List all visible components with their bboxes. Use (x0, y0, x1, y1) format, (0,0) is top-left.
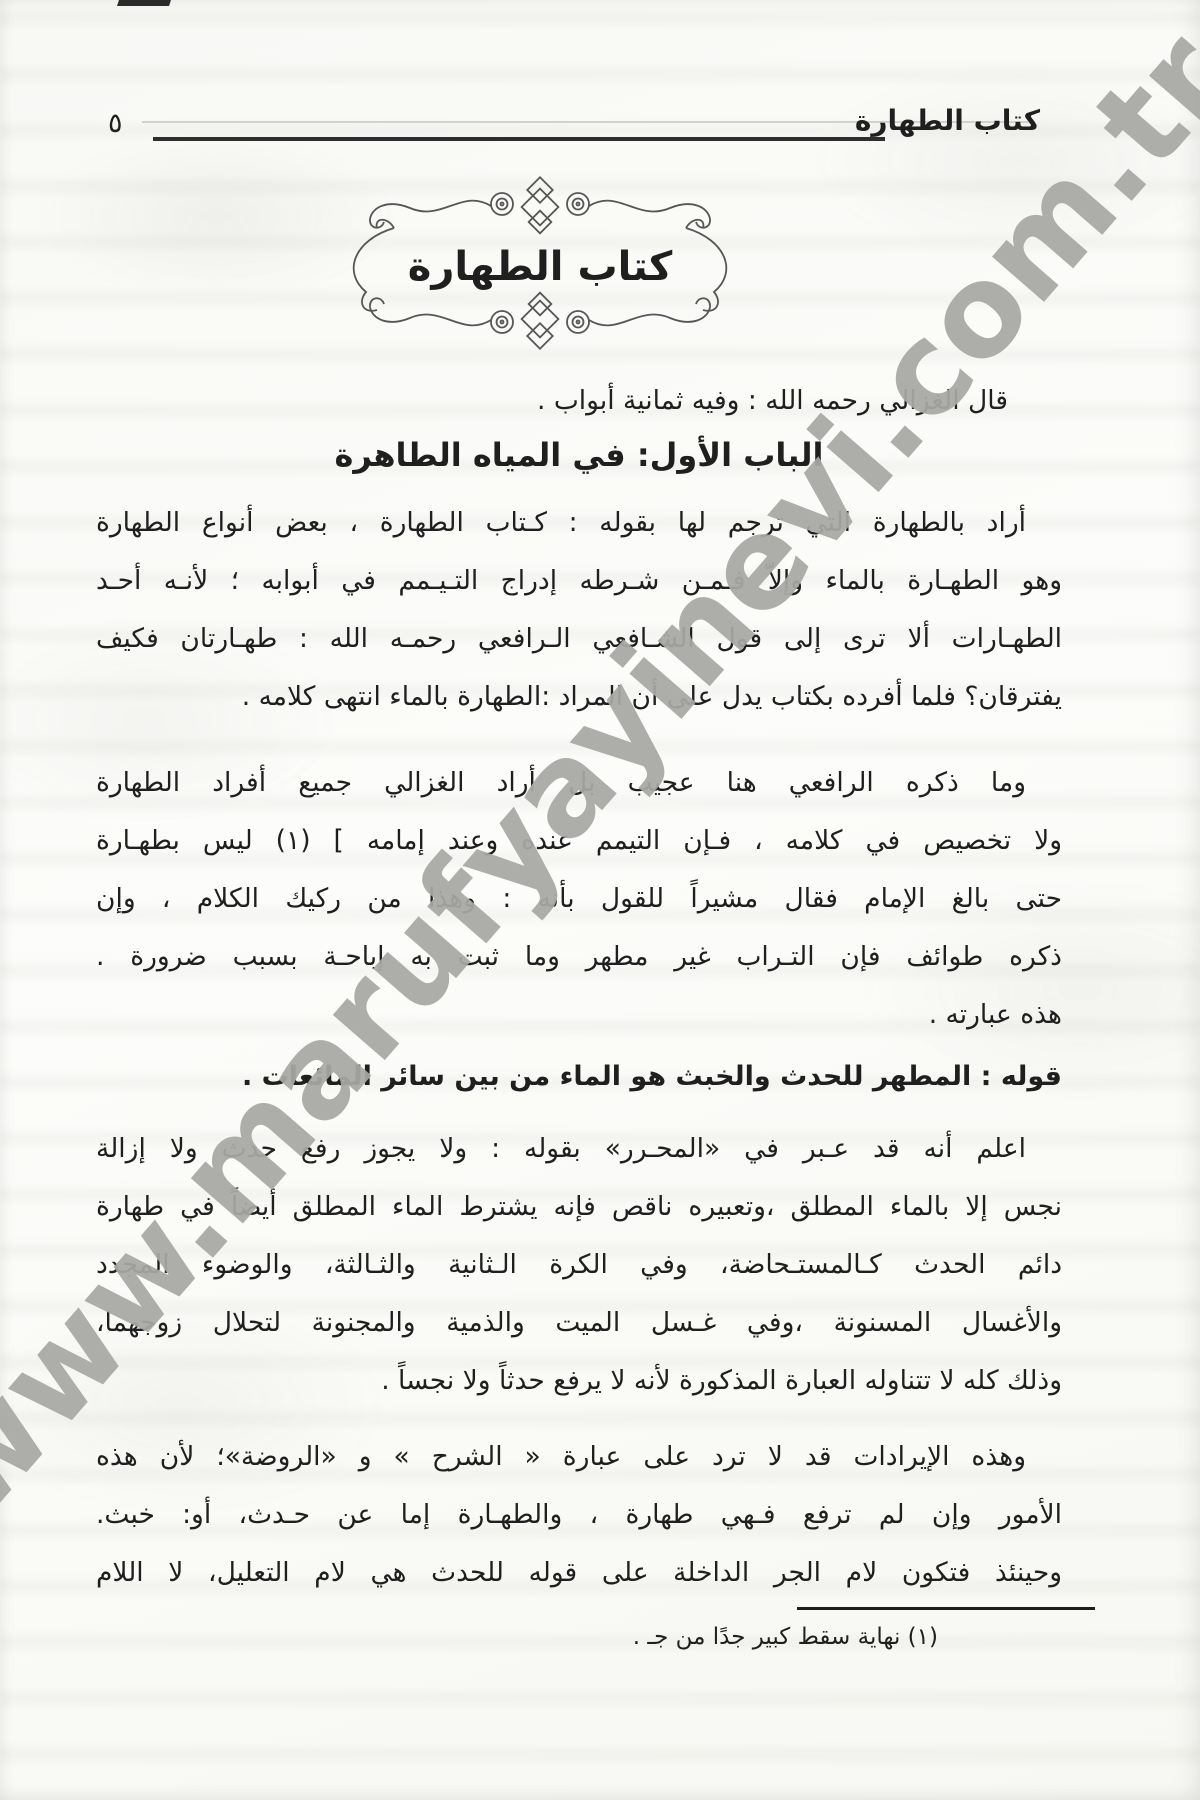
text-line: دائم الحدث كـالمستـحاضة، وفي الكرة الـثا… (96, 1236, 1062, 1294)
text-line: يفترقان؟ فلما أفرده بكتاب يدل على أن الم… (96, 668, 1062, 726)
text-line: وذلك كله لا تتناوله العبارة المذكورة لأن… (96, 1352, 1062, 1410)
book-section-title: كتاب الطهارة (330, 244, 750, 290)
header-rule-thick (153, 137, 885, 141)
paragraph-4: وهذه الإيرادات قد لا ترد على عبارة « الش… (96, 1428, 1062, 1602)
text-line: وهذه الإيرادات قد لا ترد على عبارة « الش… (96, 1428, 1062, 1486)
text-line: ذكره طوائف فإن التـراب غير مطهر وما ثبت … (96, 928, 1062, 986)
running-header-title: كتاب الطهارة (855, 104, 1040, 137)
text-line: ولا تخصيص في كلامه ، فـإن التيمم عنده وع… (96, 812, 1062, 870)
footnote-separator-rule (797, 1607, 1095, 1610)
text-line: الأمور وإن لم ترفع فـهي طهارة ، والطهـار… (96, 1486, 1062, 1544)
text-line: والأغسال المسنونة ،وفي غـسل الميت والذمي… (96, 1294, 1062, 1352)
quote-heading: قوله : المطهر للحدث والخبث هو الماء من ب… (96, 1048, 1062, 1106)
text-line: الطهـارات ألا ترى إلى قول الشـافعي الـرا… (96, 610, 1062, 668)
intro-line: قال الغزالي رحمه الله : وفيه ثمانية أبوا… (96, 372, 1062, 430)
text-line: اعلم أنه قد عـبر في «المحـرر» بقوله : ول… (96, 1120, 1062, 1178)
page-number: ٥ (108, 108, 123, 139)
text-line: وهو الطهـارة بالماء وإلاّ فـمـن شـرطه إد… (96, 552, 1062, 610)
text-line: نجس إلا بالماء المطلق ،وتعبيره ناقص فإنه… (96, 1178, 1062, 1236)
scanned-book-page: ٥ كتاب الطهارة (0, 0, 1200, 1800)
paragraph-2: وما ذكره الرافعي هنا عجيب بل أراد الغزال… (96, 754, 1062, 1044)
text-line: حتى بالغ الإمام فقال مشيراً للقول بأنه :… (96, 870, 1062, 928)
text-line: أراد بالطهارة التي ترجم لها بقوله : كـتا… (96, 494, 1062, 552)
text-line: هذه عبارته . (96, 986, 1062, 1044)
text-line: وحينئذ فتكون لام الجر الداخلة على قوله ل… (96, 1544, 1062, 1602)
title-ornament-frame: كتاب الطهارة (330, 172, 750, 354)
scan-artifact-mark (117, 0, 171, 6)
footnote-text: (١) نهاية سقط كبير جدًا من جـ . (633, 1624, 938, 1650)
paragraph-3: اعلم أنه قد عـبر في «المحـرر» بقوله : ول… (96, 1120, 1062, 1410)
text-line: وما ذكره الرافعي هنا عجيب بل أراد الغزال… (96, 754, 1062, 812)
chapter-heading: الباب الأول: في المياه الطاهرة (96, 426, 1062, 484)
paragraph-1: أراد بالطهارة التي ترجم لها بقوله : كـتا… (96, 494, 1062, 726)
